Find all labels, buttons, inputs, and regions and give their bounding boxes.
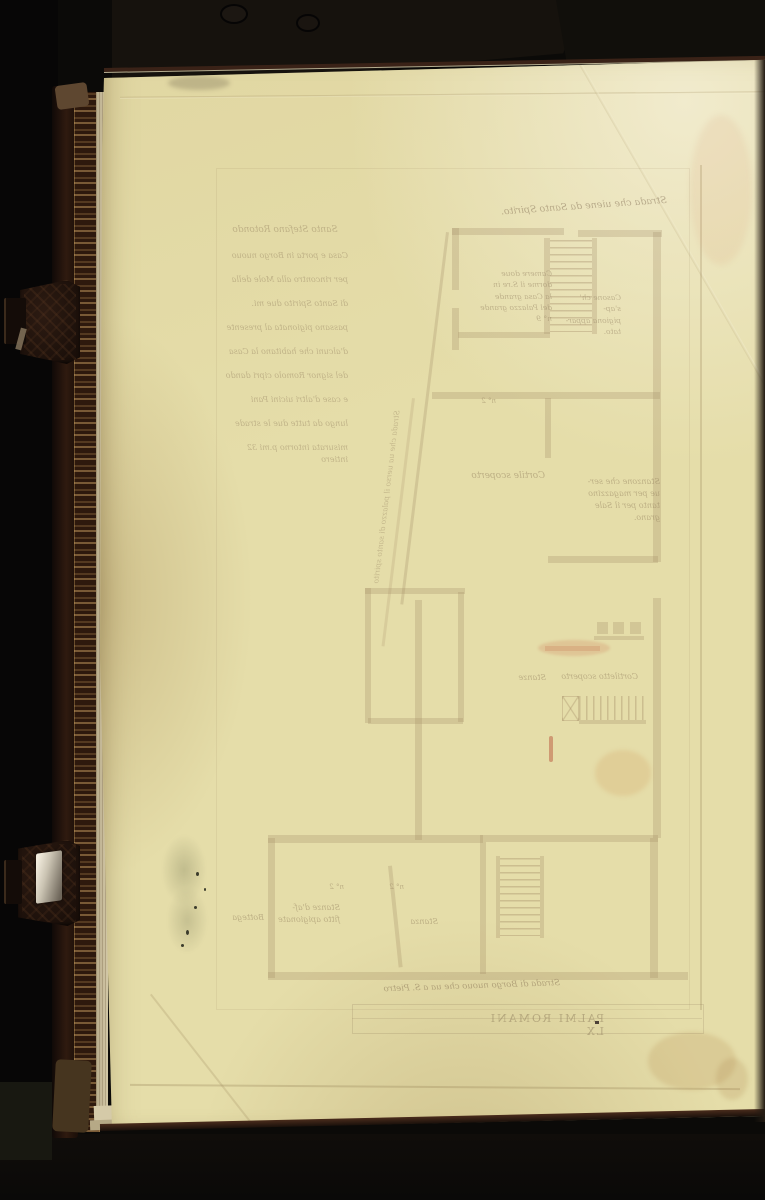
note-heading: Santo Stefano Rotondo [222, 224, 348, 238]
book-clasp-top [4, 276, 84, 366]
page-right-shadow [754, 60, 765, 1122]
backdrop-shadow [0, 0, 58, 1200]
room-label: Stanze [500, 672, 546, 684]
room-label: Cortiletto scoperto [556, 671, 638, 683]
book-photograph: Strada che uiene da Santo Spirito. Santo… [0, 0, 765, 1200]
plan-wall [650, 838, 658, 978]
room-label: Cortile scoperto [455, 470, 545, 484]
plan-wall [458, 332, 550, 338]
screw-head-icon [220, 4, 248, 24]
plan-column [630, 622, 641, 634]
plan-wall [368, 718, 463, 724]
plan-wall [653, 598, 661, 838]
plan-wall [480, 835, 658, 842]
red-plan-accent [545, 646, 600, 651]
book-clasp-bottom [4, 836, 84, 928]
worn-leather-bottom [52, 1059, 92, 1133]
clasp-metal-buckle [36, 850, 62, 904]
note-line: Casa e porta in Borgo nuouo [222, 250, 348, 262]
note-line: di Santo Spirito due mi. [222, 298, 348, 310]
clasp-strap [20, 280, 80, 364]
note-line: e case d'altri uicini Pani [222, 394, 348, 406]
plan-wall [579, 720, 646, 724]
plan-wall [365, 588, 465, 594]
plan-wall [594, 636, 644, 640]
plan-wall [268, 972, 688, 980]
room-label: Stanza [388, 916, 438, 928]
screw-head-icon [296, 14, 320, 32]
room-label: Stanzone che ser- ue per magazzino tanto… [576, 476, 660, 524]
plan-wall [548, 556, 658, 563]
note-line: misurata intorno p.mi 32 intiero [222, 442, 348, 466]
note-line: per rincontro alla Mole della [222, 274, 348, 286]
plan-wall [452, 228, 459, 290]
staircase-landing-x [562, 696, 579, 721]
showthrough-note-block: Santo Stefano Rotondo Casa e porta in Bo… [222, 212, 348, 478]
room-label: Bottega [214, 912, 264, 924]
plan-column [613, 622, 624, 634]
plan-wall [452, 308, 459, 350]
note-line: passano pigionata al presente [222, 322, 348, 334]
scale-bar-label: PALMI ROMANI LX [474, 1012, 604, 1038]
room-label: Casone ch' s'ap- pigiona appar- tato. [563, 292, 621, 337]
note-line: del signor Romolo cipri dando [222, 370, 348, 382]
plan-wall [458, 592, 464, 722]
plan-wall [578, 230, 662, 237]
plan-wall [540, 856, 544, 938]
plan-wall [545, 398, 551, 458]
room-label: Stanze d'af- fitto apigionate [268, 902, 340, 926]
plan-wall [480, 842, 486, 974]
note-line: lungo da tutte due le strade [222, 418, 348, 430]
plan-number-mark: n° 2 [376, 882, 404, 893]
backdrop-corner-patch [0, 1082, 52, 1160]
worn-leather-top [54, 82, 89, 110]
note-line: d'alcuni che habitano la Casa [222, 346, 348, 358]
room-label: Camere doue dorme il S.re in la Casa gra… [460, 268, 552, 324]
plan-number-mark: n° 2 [468, 396, 496, 407]
plan-wall [268, 835, 483, 843]
verso-showthrough-plan: Strada che uiene da Santo Spirito. Santo… [0, 0, 765, 1200]
plan-number-mark: n° 2 [316, 882, 344, 893]
staircase-hatch [579, 696, 646, 720]
clasp-tooling [24, 284, 76, 360]
plan-wall [452, 228, 564, 235]
plan-column [597, 622, 608, 634]
backdrop-bottom [0, 1134, 765, 1200]
clasp-hook [4, 860, 22, 904]
staircase-hatch [500, 858, 540, 936]
plan-wall [496, 856, 500, 938]
vellum-page: Strada che uiene da Santo Spirito. Santo… [96, 58, 765, 1138]
